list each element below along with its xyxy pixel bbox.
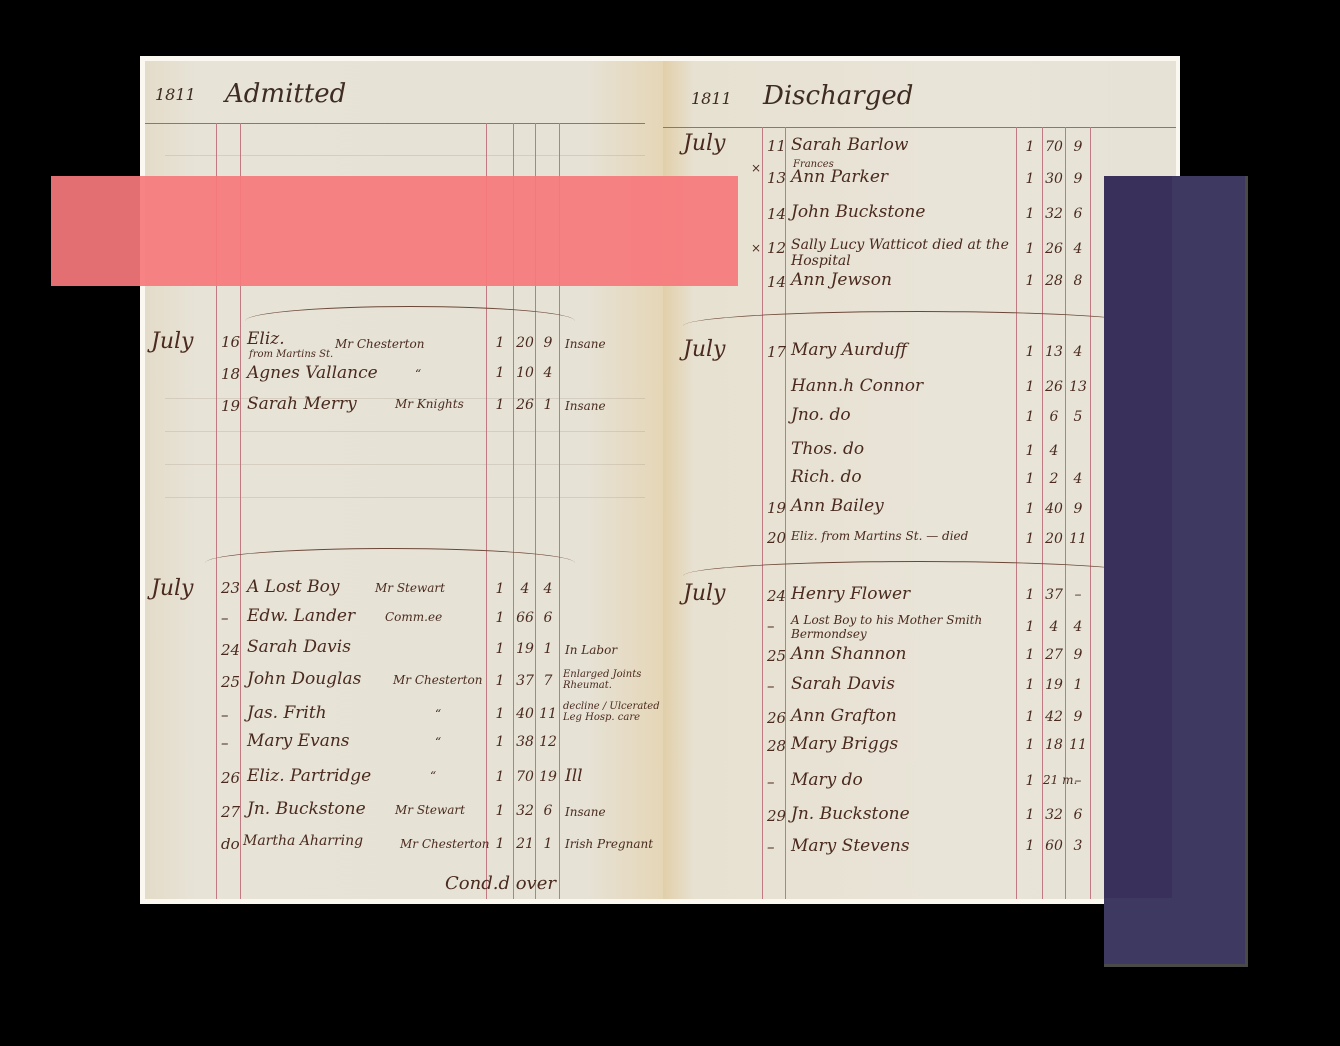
row-officer: “ <box>415 367 421 381</box>
row-name: Thos. do <box>791 439 864 459</box>
month-label: July <box>683 337 725 362</box>
row-day: 25 <box>221 673 240 691</box>
row-officer: Mr Knights <box>395 397 464 411</box>
row-day: 26 <box>221 769 240 787</box>
row-count: 1 <box>1021 273 1039 289</box>
row-day: 11 <box>767 137 786 155</box>
row-col3: 4 <box>537 365 559 381</box>
row-age: 26 <box>1043 241 1065 257</box>
row-day: – <box>221 706 229 724</box>
row-col3: 13 <box>1067 379 1089 395</box>
row-age: 6 <box>1043 409 1065 425</box>
row-count: 1 <box>1021 379 1039 395</box>
row-name: Mary Stevens <box>791 836 910 856</box>
row-count: 1 <box>491 706 509 722</box>
row-officer: Mr Chesterton <box>400 837 489 851</box>
cross-mark-icon: × <box>751 241 761 255</box>
row-day: 18 <box>221 365 240 383</box>
row-col3: 4 <box>1067 619 1089 635</box>
row-day: – <box>767 838 775 856</box>
header-rule <box>663 127 1176 128</box>
row-col3: 9 <box>537 335 559 351</box>
section-divider-swash <box>205 548 575 563</box>
row-age: 30 <box>1043 171 1065 187</box>
row-count: 1 <box>491 673 509 689</box>
row-officer: Mr Stewart <box>375 581 445 595</box>
row-day: 16 <box>221 333 240 351</box>
row-name: Sarah Barlow <box>791 135 908 155</box>
row-count: 1 <box>491 365 509 381</box>
row-count: 1 <box>491 836 509 852</box>
row-age: 4 <box>1043 619 1065 635</box>
row-age: 66 <box>514 610 536 626</box>
section-divider-swash <box>683 561 1153 576</box>
row-age: 42 <box>1043 709 1065 725</box>
row-name: Ann Grafton <box>791 706 897 726</box>
row-col3: 11 <box>537 706 559 722</box>
row-day: 26 <box>767 709 786 727</box>
row-note: decline / Ulcerated Leg Hosp. care <box>563 701 663 723</box>
row-col3: 4 <box>1067 241 1089 257</box>
row-count: 1 <box>1021 139 1039 155</box>
row-age: 38 <box>514 734 536 750</box>
row-age: 2 <box>1043 471 1065 487</box>
row-col3: 6 <box>537 803 559 819</box>
row-col3: 12 <box>537 734 559 750</box>
navy-decorative-block <box>1104 176 1248 967</box>
row-name: Sarah Davis <box>247 637 351 657</box>
row-age: 32 <box>1043 206 1065 222</box>
row-officer: “ <box>435 735 441 749</box>
row-count: 1 <box>1021 171 1039 187</box>
row-day: 28 <box>767 737 786 755</box>
row-age: 70 <box>514 769 536 785</box>
header-rule <box>145 123 645 124</box>
row-col3: 19 <box>537 769 559 785</box>
row-name: Sarah Merry <box>247 394 357 414</box>
row-note: Insane <box>565 337 606 351</box>
row-day: – <box>767 617 775 635</box>
row-age: 32 <box>514 803 536 819</box>
row-age: 40 <box>514 706 536 722</box>
faint-line <box>165 464 645 465</box>
left-title: Admitted <box>225 79 346 109</box>
row-count: 1 <box>1021 241 1039 257</box>
month-label: July <box>151 329 193 354</box>
row-day: do <box>221 835 240 853</box>
row-name: Henry Flower <box>791 584 910 604</box>
row-col3: 11 <box>1067 737 1089 753</box>
row-note: Irish Pregnant <box>565 837 653 851</box>
row-name: Mary Aurduff <box>791 340 907 360</box>
row-age: 37 <box>514 673 536 689</box>
row-officer: Mr Chesterton <box>335 337 424 351</box>
row-count: 1 <box>1021 807 1039 823</box>
row-col3: – <box>1067 587 1089 603</box>
row-name: Ann Shannon <box>791 644 906 664</box>
row-col3: 7 <box>537 673 559 689</box>
row-name: A Lost Boy <box>247 577 340 597</box>
row-name: Eliz. <box>247 329 285 349</box>
row-officer: Mr Stewart <box>395 803 465 817</box>
row-day: 20 <box>767 529 786 547</box>
column-rule <box>1016 127 1017 899</box>
row-count: 1 <box>1021 206 1039 222</box>
row-name: Sally Lucy Watticot died at the Hospital <box>791 237 1016 269</box>
row-day: – <box>767 773 775 791</box>
row-name: Ann Bailey <box>791 496 884 516</box>
row-age: 18 <box>1043 737 1065 753</box>
row-count: 1 <box>1021 677 1039 693</box>
row-col3: 3 <box>1067 838 1089 854</box>
row-count: 1 <box>1021 443 1039 459</box>
row-day: 17 <box>767 343 786 361</box>
row-age: 21 m. <box>1043 773 1067 787</box>
row-day: – <box>221 734 229 752</box>
row-age: 37 <box>1043 587 1065 603</box>
row-name: Edw. Lander <box>247 606 355 626</box>
row-col3: 6 <box>1067 206 1089 222</box>
row-col3: 4 <box>537 581 559 597</box>
row-name: Rich. do <box>791 467 862 487</box>
row-day: 14 <box>767 205 786 223</box>
cross-mark-icon: × <box>751 161 761 175</box>
row-col3: 4 <box>1067 471 1089 487</box>
column-rule <box>1090 127 1091 899</box>
row-name: Jn. Buckstone <box>791 804 910 824</box>
row-count: 1 <box>1021 709 1039 725</box>
row-count: 1 <box>1021 838 1039 854</box>
row-col3: – <box>1067 773 1089 789</box>
month-label: July <box>683 131 725 156</box>
row-day: 19 <box>767 499 786 517</box>
row-officer: “ <box>435 707 441 721</box>
row-col3: 5 <box>1067 409 1089 425</box>
row-day: 13 <box>767 169 786 187</box>
row-count: 1 <box>491 734 509 750</box>
row-age: 4 <box>514 581 536 597</box>
row-day: 14 <box>767 273 786 291</box>
row-count: 1 <box>491 335 509 351</box>
row-day: – <box>767 677 775 695</box>
row-note: Ill <box>565 766 583 786</box>
row-subname: from Martins St. <box>249 349 333 360</box>
row-age: 40 <box>1043 501 1065 517</box>
row-count: 1 <box>491 803 509 819</box>
row-count: 1 <box>491 641 509 657</box>
row-count: 1 <box>1021 471 1039 487</box>
row-count: 1 <box>1021 619 1039 635</box>
row-name: Mary Evans <box>247 731 350 751</box>
row-name: A Lost Boy to his Mother Smith Bermondse… <box>791 613 1016 641</box>
row-name: Agnes Vallance <box>247 363 378 383</box>
row-count: 1 <box>491 397 509 413</box>
faint-line <box>165 431 645 432</box>
row-col3: 9 <box>1067 709 1089 725</box>
faint-line <box>165 497 645 498</box>
row-count: 1 <box>1021 587 1039 603</box>
row-count: 1 <box>491 610 509 626</box>
row-day: 23 <box>221 579 240 597</box>
month-label: July <box>151 576 193 601</box>
row-name: Ann Jewson <box>791 270 892 290</box>
row-age: 20 <box>514 335 536 351</box>
left-year: 1811 <box>155 85 196 104</box>
row-col3: 11 <box>1067 531 1089 547</box>
row-day: 19 <box>221 397 240 415</box>
row-count: 1 <box>1021 737 1039 753</box>
row-day: 24 <box>767 587 786 605</box>
right-title: Discharged <box>763 81 913 111</box>
row-name: Jno. do <box>791 405 851 425</box>
row-col3: 6 <box>1067 807 1089 823</box>
row-col3: 8 <box>1067 273 1089 289</box>
row-name: John Douglas <box>247 669 361 689</box>
row-col3: 9 <box>1067 501 1089 517</box>
row-age: 70 <box>1043 139 1065 155</box>
row-age: 26 <box>514 397 536 413</box>
row-age: 27 <box>1043 647 1065 663</box>
row-count: 1 <box>1021 531 1039 547</box>
row-col3: 1 <box>537 397 559 413</box>
row-col3: 1 <box>1067 677 1089 693</box>
row-col3: 6 <box>537 610 559 626</box>
row-age: 13 <box>1043 344 1065 360</box>
row-day: 24 <box>221 641 240 659</box>
row-officer: Mr Chesterton <box>393 673 482 687</box>
row-name: Hann.h Connor <box>791 376 923 396</box>
row-name: John Buckstone <box>791 202 925 222</box>
column-rule <box>762 127 763 899</box>
row-col3: 4 <box>1067 344 1089 360</box>
navy-shadow <box>1104 176 1172 898</box>
row-count: 1 <box>1021 501 1039 517</box>
row-note: Enlarged Joints Rheumat. <box>563 669 663 691</box>
row-count: 1 <box>1021 344 1039 360</box>
row-name: Mary Briggs <box>791 734 898 754</box>
row-officer: “ <box>430 769 436 783</box>
row-note: Insane <box>565 399 606 413</box>
row-name: Eliz. from Martins St. — died <box>791 529 968 543</box>
row-name: Eliz. Partridge <box>247 766 371 786</box>
row-count: 1 <box>1021 647 1039 663</box>
section-divider-swash <box>683 311 1153 326</box>
row-day: 25 <box>767 647 786 665</box>
faint-line <box>165 155 645 156</box>
row-count: 1 <box>1021 409 1039 425</box>
row-age: 60 <box>1043 838 1065 854</box>
row-name: Jn. Buckstone <box>247 799 366 819</box>
row-age: 19 <box>514 641 536 657</box>
row-officer: Comm.ee <box>385 610 442 624</box>
row-note: In Labor <box>565 643 617 657</box>
row-age: 21 <box>514 836 536 852</box>
row-age: 20 <box>1043 531 1065 547</box>
row-day: – <box>221 609 229 627</box>
row-name: Martha Aharring <box>243 833 363 849</box>
row-name: Jas. Frith <box>247 703 327 723</box>
row-age: 26 <box>1043 379 1065 395</box>
row-age: 19 <box>1043 677 1065 693</box>
row-col3: 9 <box>1067 139 1089 155</box>
row-note: Insane <box>565 805 606 819</box>
row-age: 10 <box>514 365 536 381</box>
row-day: 12 <box>767 239 786 257</box>
row-name: Sarah Davis <box>791 674 895 694</box>
row-age: 4 <box>1043 443 1065 459</box>
row-col3: 9 <box>1067 171 1089 187</box>
row-name: Mary do <box>791 770 863 790</box>
row-col3: 9 <box>1067 647 1089 663</box>
continued-over-note: Cond.d over <box>445 873 556 894</box>
right-page-discharged: 1811 Discharged July 11 Sarah Barlow 1 7… <box>663 61 1176 899</box>
row-age: 28 <box>1043 273 1065 289</box>
row-age: 32 <box>1043 807 1065 823</box>
row-count: 1 <box>1021 773 1039 789</box>
row-col3: 1 <box>537 836 559 852</box>
right-year: 1811 <box>691 89 732 108</box>
row-count: 1 <box>491 581 509 597</box>
section-divider-swash <box>245 306 575 321</box>
row-count: 1 <box>491 769 509 785</box>
pink-decorative-block <box>51 176 738 286</box>
row-name: Ann Parker <box>791 167 888 187</box>
month-label: July <box>683 581 725 606</box>
row-col3: 1 <box>537 641 559 657</box>
row-day: 29 <box>767 807 786 825</box>
row-day: 27 <box>221 803 240 821</box>
